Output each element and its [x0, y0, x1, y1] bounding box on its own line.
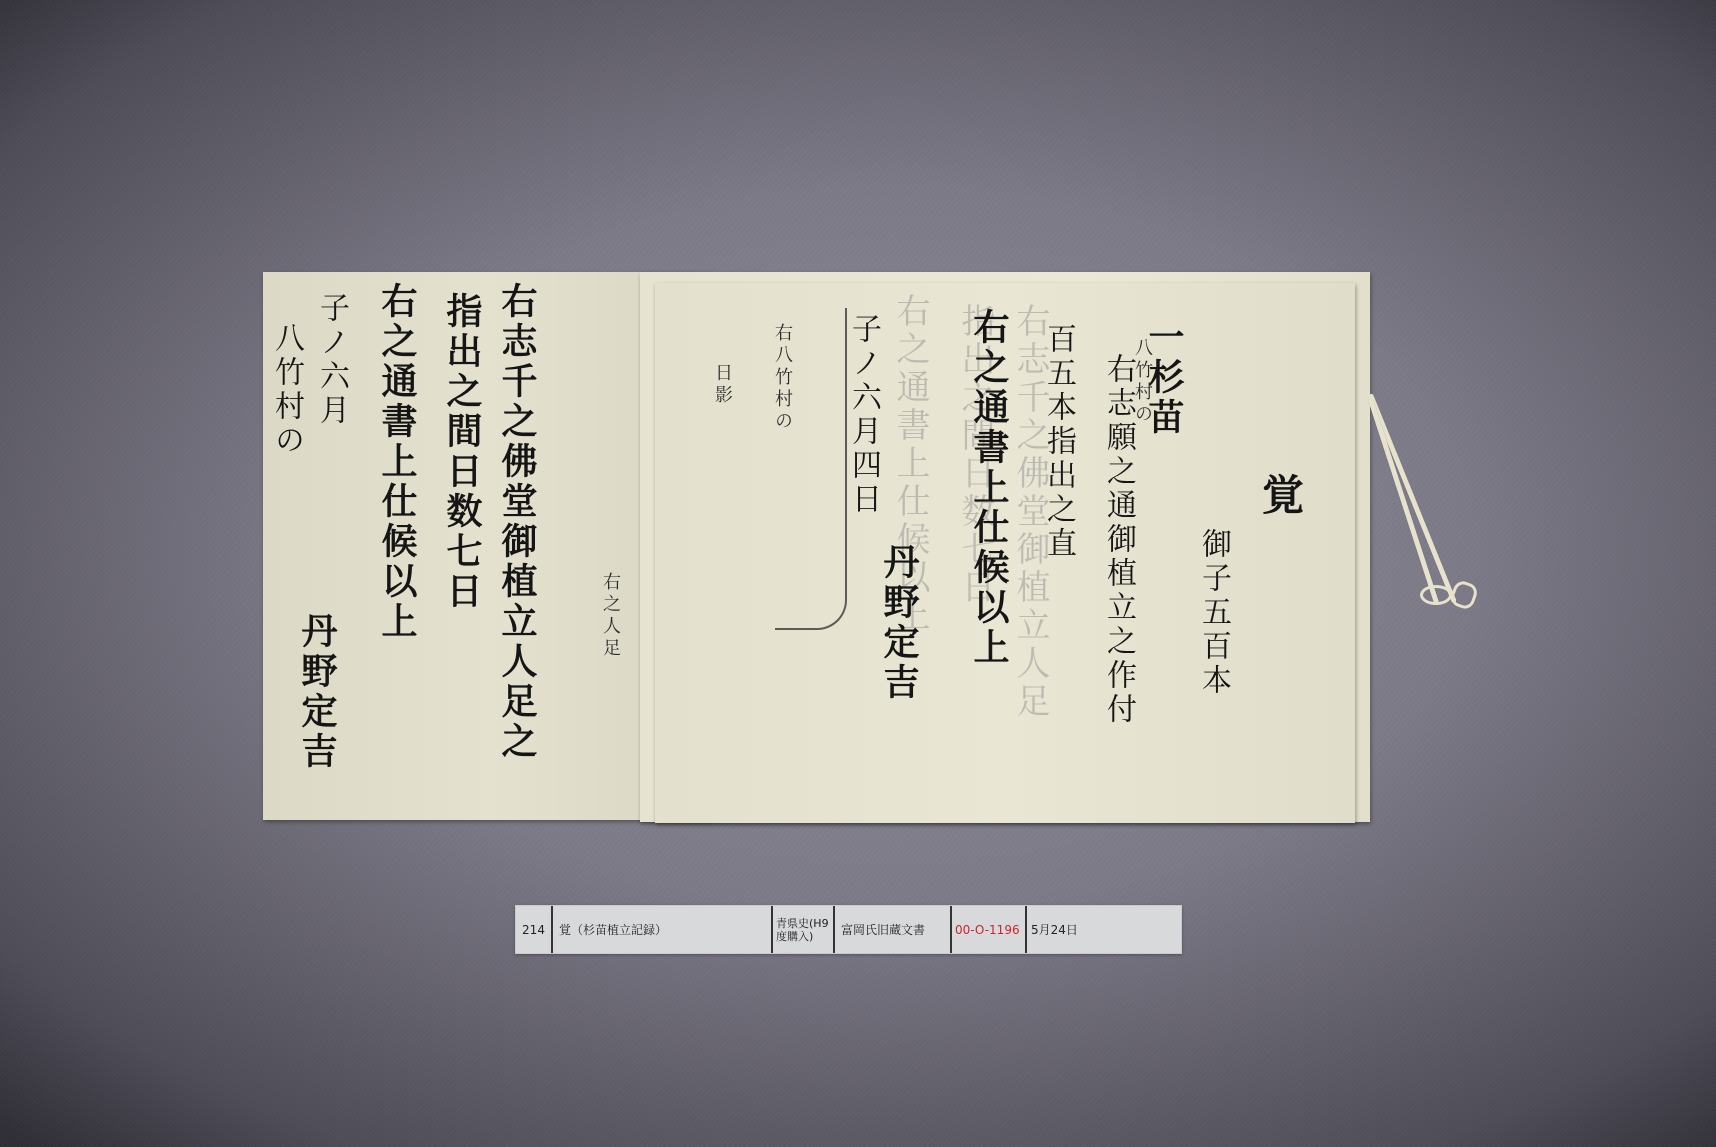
signature: 丹野定吉 — [874, 543, 925, 703]
village-column: 八竹村の — [264, 322, 308, 458]
text-column: 御子五百本 — [1191, 528, 1235, 698]
text-column: 百五本指出之直 — [1036, 323, 1080, 561]
text-column: 右志千之佛堂御植立人足之 — [492, 282, 543, 762]
item-title: 覚（杉苗植立記録） — [553, 906, 773, 953]
catalog-label-strip: 214 覚（杉苗植立記録） 青県史(H9度購入) 富岡氏旧蔵文書 00-O-11… — [515, 905, 1182, 954]
catalog-id: 00-O-1196 — [952, 906, 1027, 953]
annotation: 日影 — [709, 363, 735, 407]
item-date: 5月24日 — [1027, 906, 1181, 953]
item-source: 青県史(H9度購入) — [773, 906, 835, 953]
text-column: 指出之間日数七日 — [437, 292, 488, 612]
text-column: 右之通書上仕候以上 — [964, 308, 1015, 668]
string-knot — [1420, 585, 1452, 605]
date-column: 子ノ六月 — [309, 292, 353, 428]
annotation: 八竹村の — [1129, 338, 1155, 426]
signature: 丹野定吉 — [292, 612, 343, 772]
ink-bracket — [775, 308, 847, 630]
heading: 覚 — [1250, 473, 1310, 519]
right-document-sheet: 右志千之佛堂御植立人足 指出之間日数七日 右之通書上仕候以上 覚 一杉苗 御子五… — [655, 283, 1355, 823]
date-column: 子ノ六月四日 — [841, 313, 885, 517]
text-column: 右之通書上仕候以上 — [372, 282, 423, 642]
note-column: 右之人足 — [597, 572, 623, 660]
item-number: 214 — [516, 906, 553, 953]
item-collection: 富岡氏旧蔵文書 — [835, 906, 952, 953]
